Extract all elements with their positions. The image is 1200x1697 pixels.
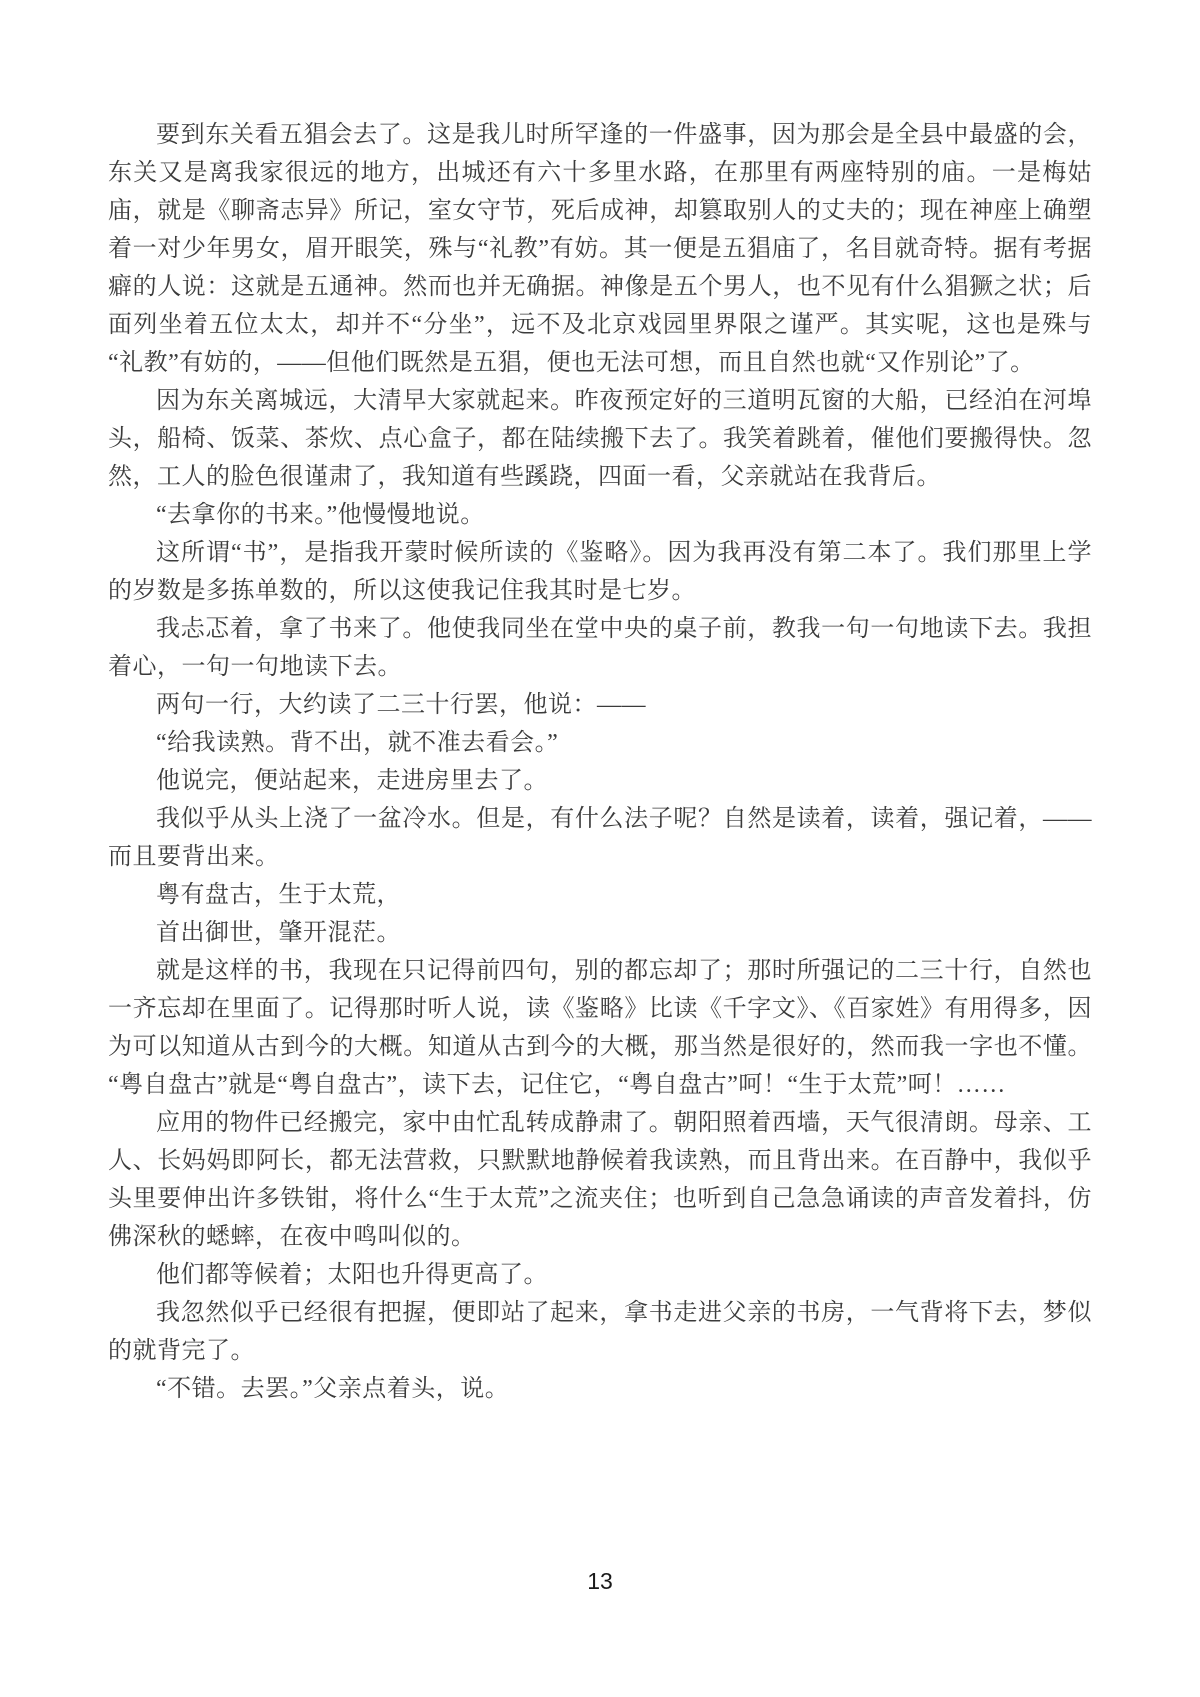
- paragraph: 就是这样的书，我现在只记得前四句，别的都忘却了；那时所强记的二三十行，自然也一齐…: [108, 952, 1092, 1104]
- paragraph: 他说完，便站起来，走进房里去了。: [108, 762, 1092, 800]
- paragraph: 要到东关看五猖会去了。这是我儿时所罕逢的一件盛事，因为那会是全县中最盛的会，东关…: [108, 116, 1092, 382]
- paragraph: 两句一行，大约读了二三十行罢，他说：——: [108, 686, 1092, 724]
- paragraph: 因为东关离城远，大清早大家就起来。昨夜预定好的三道明瓦窗的大船，已经泊在河埠头，…: [108, 382, 1092, 496]
- paragraph: 我似乎从头上浇了一盆冷水。但是，有什么法子呢？自然是读着，读着，强记着，——而且…: [108, 800, 1092, 876]
- paragraph: 应用的物件已经搬完，家中由忙乱转成静肃了。朝阳照着西墙，天气很清朗。母亲、工人、…: [108, 1104, 1092, 1256]
- page-number: 13: [0, 1568, 1200, 1595]
- paragraph-dialogue: “去拿你的书来。”他慢慢地说。: [108, 496, 1092, 534]
- paragraph-dialogue: “不错。去罢。”父亲点着头，说。: [108, 1370, 1092, 1408]
- paragraph-verse: 首出御世，肇开混茫。: [108, 914, 1092, 952]
- paragraph: 这所谓“书”，是指我开蒙时候所读的《鉴略》。因为我再没有第二本了。我们那里上学的…: [108, 534, 1092, 610]
- text-block: 要到东关看五猖会去了。这是我儿时所罕逢的一件盛事，因为那会是全县中最盛的会，东关…: [108, 116, 1092, 1408]
- paragraph: 我忽然似乎已经很有把握，便即站了起来，拿书走进父亲的书房，一气背将下去，梦似的就…: [108, 1294, 1092, 1370]
- paragraph: 他们都等候着；太阳也升得更高了。: [108, 1256, 1092, 1294]
- document-page: 要到东关看五猖会去了。这是我儿时所罕逢的一件盛事，因为那会是全县中最盛的会，东关…: [0, 0, 1200, 1697]
- paragraph-dialogue: “给我读熟。背不出，就不准去看会。”: [108, 724, 1092, 762]
- paragraph-verse: 粤有盘古，生于太荒，: [108, 876, 1092, 914]
- paragraph: 我忐忑着，拿了书来了。他使我同坐在堂中央的桌子前，教我一句一句地读下去。我担着心…: [108, 610, 1092, 686]
